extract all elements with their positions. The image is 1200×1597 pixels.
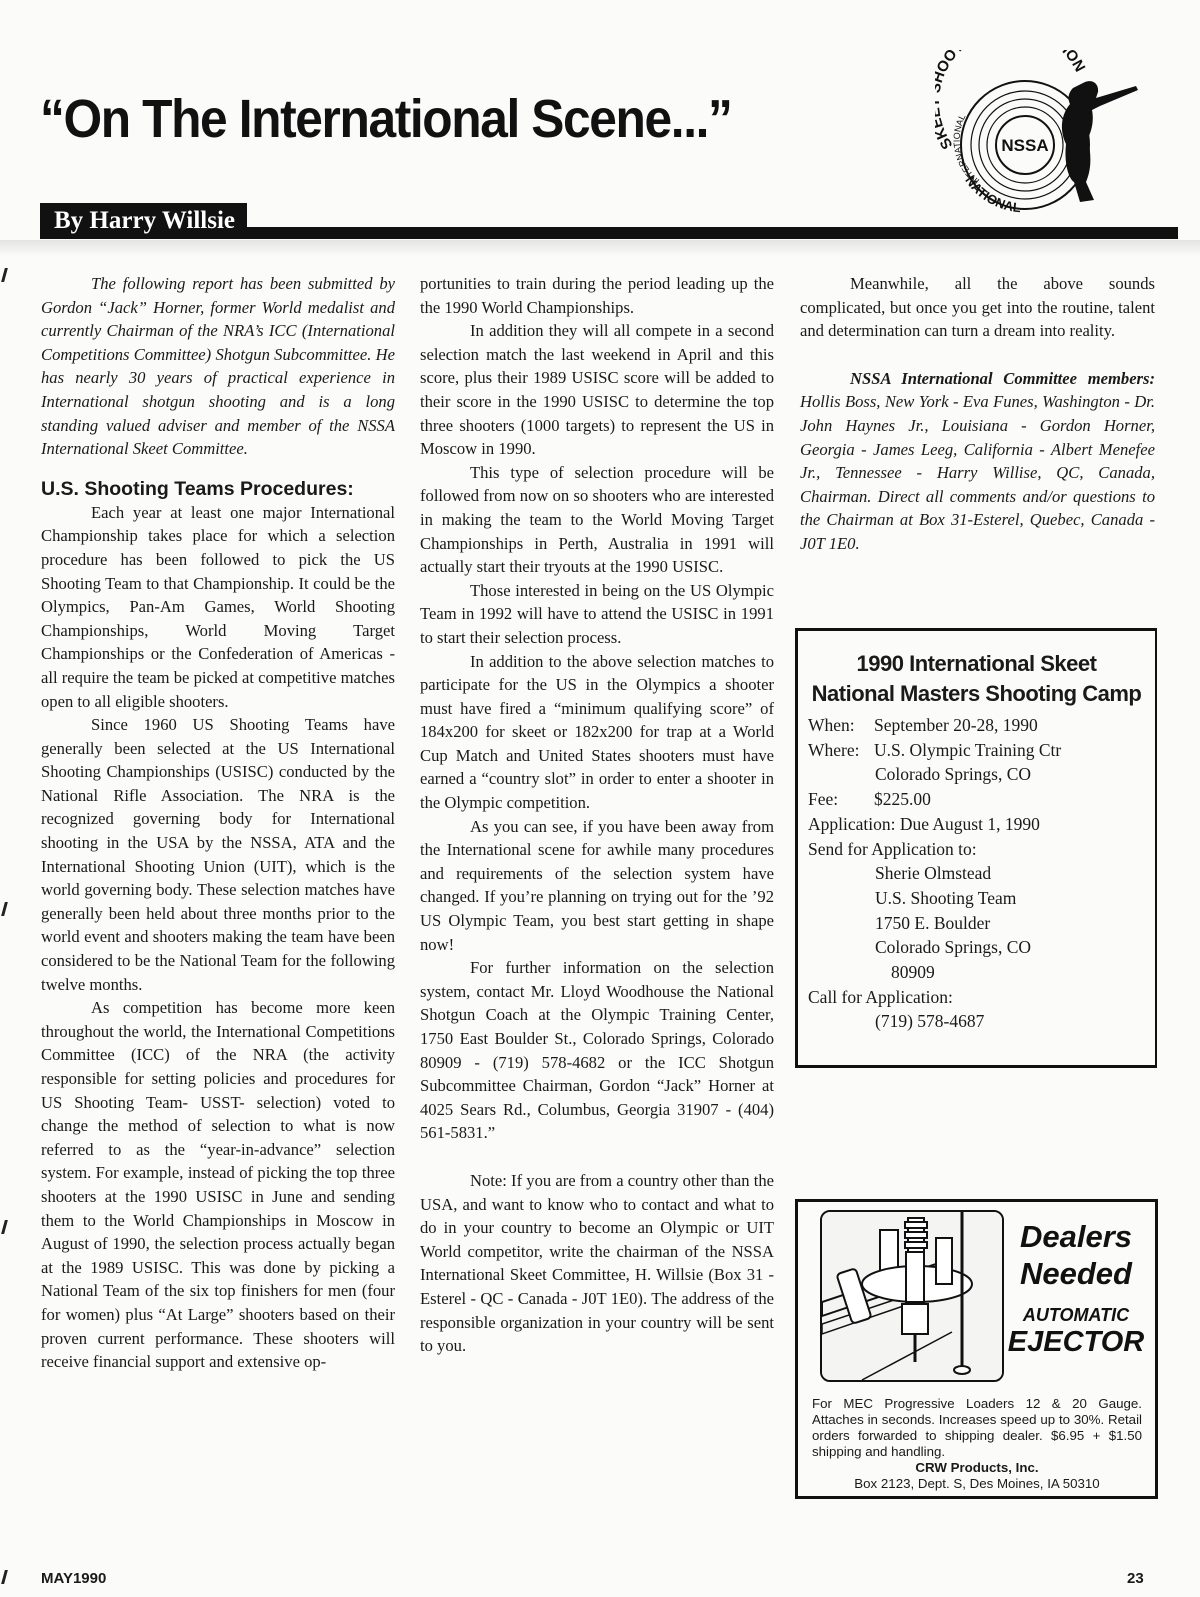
camp-info-box: 1990 International Skeet National Master… [795, 628, 1157, 1068]
ad-body: For MEC Progressive Loaders 12 & 20 Gaug… [812, 1396, 1142, 1492]
article-column-1: The following report has been submitted … [41, 272, 395, 1374]
byline: By Harry Willsie [40, 203, 247, 239]
camp-fee: Fee:$225.00 [808, 787, 1155, 812]
committee-paragraph: NSSA International Committee members: Ho… [800, 367, 1155, 556]
continuation-paragraph: portunities to train during the period l… [420, 272, 774, 319]
ad-subhead-line-1: AUTOMATIC [1000, 1304, 1152, 1326]
camp-send-line: Colorado Springs, CO [808, 935, 1155, 960]
ejector-advertisement: Dealers Needed AUTOMATIC EJECTOR For MEC… [795, 1199, 1158, 1499]
camp-where: Where:U.S. Olympic Training Ctr [808, 738, 1155, 763]
issue-date: MAY1990 [41, 1570, 106, 1587]
page-title: “On The International Scene...” [40, 88, 732, 150]
section-heading: U.S. Shooting Teams Procedures: [41, 477, 395, 501]
camp-send-line: Sherie Olmstead [808, 861, 1155, 886]
article-column-3: Meanwhile, all the above sounds complica… [800, 272, 1155, 556]
camp-details: When:September 20-28, 1990 Where:U.S. Ol… [808, 713, 1155, 1034]
reloading-press-illustration-icon [820, 1210, 1004, 1382]
body-paragraph: In addition they will all compete in a s… [420, 319, 774, 461]
body-paragraph: In addition to the above selection match… [420, 650, 774, 815]
margin-mark [1, 1570, 8, 1584]
body-paragraph: Each year at least one major Internation… [41, 501, 395, 713]
camp-send-label: Send for Application to: [808, 837, 1155, 862]
body-paragraph: For further information on the selection… [420, 956, 774, 1145]
camp-send-line: U.S. Shooting Team [808, 886, 1155, 911]
svg-text:INTERNATIONAL: INTERNATIONAL [952, 113, 982, 187]
body-paragraph: This type of selection procedure will be… [420, 461, 774, 579]
committee-members: Hollis Boss, New York - Eva Funes, Washi… [800, 392, 1155, 553]
margin-mark [1, 902, 8, 916]
ad-description: For MEC Progressive Loaders 12 & 20 Gaug… [812, 1396, 1142, 1460]
camp-title-line-1: 1990 International Skeet [798, 649, 1155, 679]
ad-headline-line-1: Dealers [1000, 1218, 1152, 1255]
camp-title: 1990 International Skeet National Master… [798, 649, 1155, 709]
ad-headline: Dealers Needed AUTOMATIC EJECTOR [1000, 1218, 1152, 1358]
shooter-silhouette-icon: NSSA SKEET SHOOTING ASSOCIATION NATIONAL… [935, 50, 1150, 230]
body-paragraph: Those interested in being on the US Olym… [420, 579, 774, 650]
ad-company: CRW Products, Inc. [812, 1460, 1142, 1476]
camp-send-line: 80909 [808, 960, 1155, 985]
body-paragraph: As you can see, if you have been away fr… [420, 815, 774, 957]
svg-text:NSSA: NSSA [1001, 136, 1048, 155]
margin-mark [1, 1220, 8, 1234]
camp-application: Application: Due August 1, 1990 [808, 812, 1155, 837]
nssa-logo: NSSA SKEET SHOOTING ASSOCIATION NATIONAL… [935, 50, 1150, 230]
camp-title-line-2: National Masters Shooting Camp [798, 679, 1155, 709]
article-column-2: portunities to train during the period l… [420, 272, 774, 1358]
body-paragraph: As competition has become more keen thro… [41, 996, 395, 1374]
intro-paragraph: The following report has been submitted … [41, 272, 395, 461]
margin-mark [1, 268, 8, 282]
ad-headline-line-2: Needed [1000, 1255, 1152, 1292]
camp-call-label: Call for Application: [808, 985, 1155, 1010]
ad-subhead-line-2: EJECTOR [1000, 1326, 1152, 1358]
committee-label: NSSA International Committee members: [850, 369, 1155, 388]
page-number: 23 [1127, 1570, 1144, 1587]
note-paragraph: Note: If you are from a country other th… [420, 1169, 774, 1358]
header-shadow [0, 240, 1200, 256]
ad-address: Box 2123, Dept. S, Des Moines, IA 50310 [812, 1476, 1142, 1492]
camp-send-line: 1750 E. Boulder [808, 911, 1155, 936]
camp-when: When:September 20-28, 1990 [808, 713, 1155, 738]
camp-where-line-2: Colorado Springs, CO [808, 762, 1155, 787]
body-paragraph: Since 1960 US Shooting Teams have genera… [41, 713, 395, 996]
body-paragraph: Meanwhile, all the above sounds complica… [800, 272, 1155, 343]
camp-phone: (719) 578-4687 [808, 1009, 1155, 1034]
